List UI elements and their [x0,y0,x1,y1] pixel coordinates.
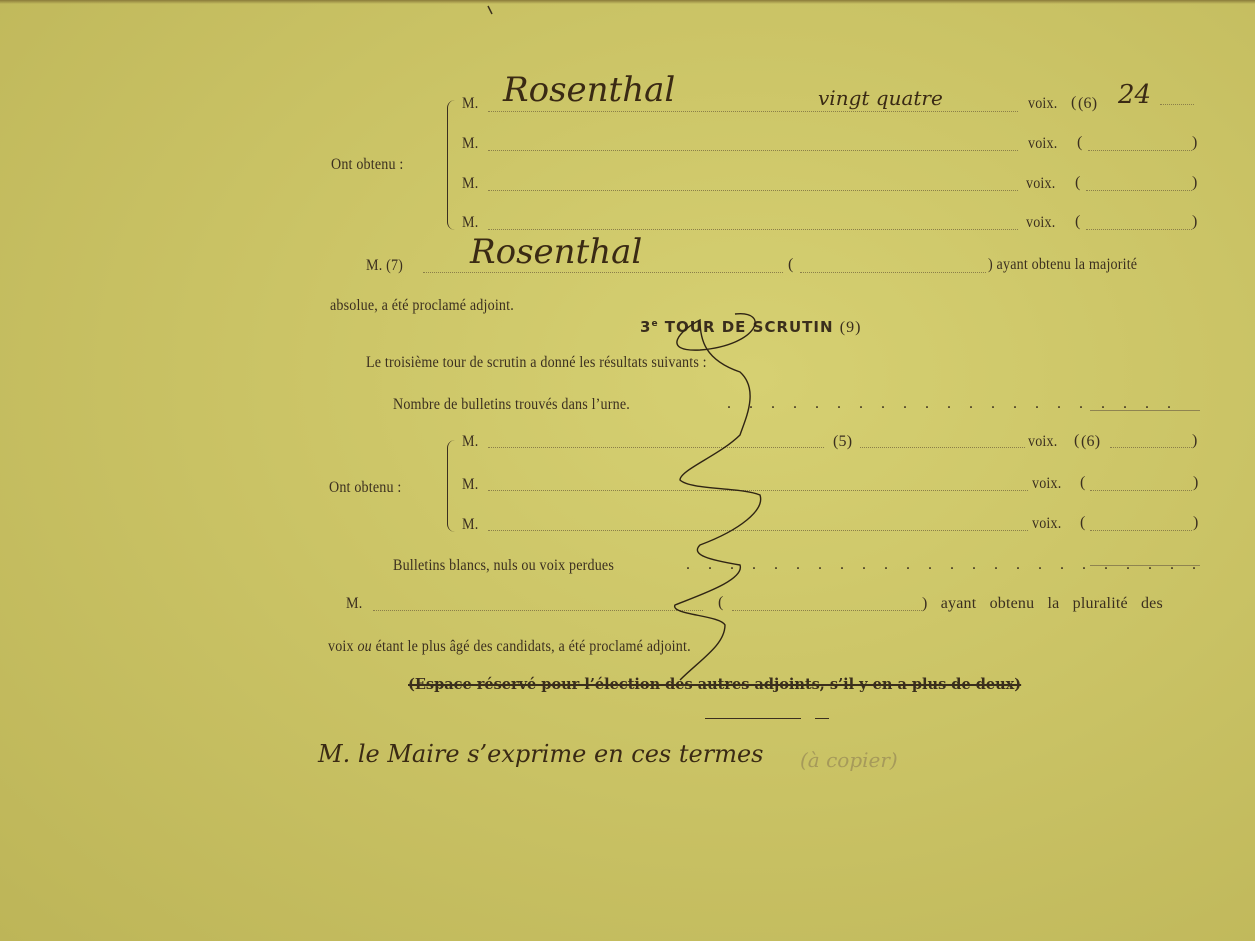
footnote-ref: (6) [1078,95,1097,113]
separator-rule [705,718,801,719]
open-paren: ( [1071,94,1077,112]
proclaimed-name-handwritten[interactable]: Rosenthal [470,232,642,272]
candidates-brace [447,100,456,230]
voix-label: voix. [1028,135,1057,153]
candidate-prefix: M. [462,476,478,494]
proclaimed-continuation: absolue, a été proclamé adjoint. [330,297,514,315]
footnote-ref: (5) [833,433,852,451]
candidate-prefix: M. [462,135,478,153]
blank-value-field[interactable] [1090,565,1200,566]
voix-label: voix. [1026,175,1055,193]
proclaimed-prefix: M. (7) [366,257,403,275]
open-paren: ( [1075,174,1081,192]
voix-label: voix. [1032,515,1061,533]
close-paren: ) [1192,134,1198,152]
voix-label: voix. [1028,433,1057,451]
votes-field[interactable] [800,272,986,273]
third-round-intro: Le troisième tour de scrutin a donné les… [366,354,707,372]
close-paren: ) [1192,213,1198,231]
close-paren: ) [1193,474,1199,492]
ont-obtenu-label: Ont obtenu : [331,156,404,174]
open-paren: ( [1074,432,1080,450]
candidate-prefix: M. [462,433,478,451]
votes-field[interactable] [1090,490,1192,491]
open-paren: ( [788,256,794,274]
votes-field[interactable] [1110,447,1192,448]
voix-label: voix. [1032,475,1061,493]
proclaimed-name-field[interactable] [373,610,703,611]
ballots-label: Nombre de bulletins trouvés dans l’urne. [393,396,630,414]
close-paren: ) [1193,514,1199,532]
handwritten-note-faint: (à copier) [800,748,898,772]
ont-obtenu-label: Ont obtenu : [329,479,402,497]
voix-label: voix. [1028,95,1057,113]
proclaimed-prefix: M. [346,595,362,613]
votes-field[interactable] [1086,229,1192,230]
open-paren: ( [1075,213,1081,231]
votes-number-handwritten[interactable]: 24 [1118,80,1151,110]
votes-field[interactable] [1088,150,1192,151]
footnote-ref: (6) [1081,433,1100,451]
plurality-text: ) ayant obtenu la pluralité des [922,595,1163,613]
candidates-brace [447,440,456,532]
votes-field[interactable] [732,610,922,611]
votes-words-handwritten[interactable]: vingt quatre [818,86,943,110]
section-heading: 3e TOUR DE SCRUTIN (9) [640,318,861,337]
close-paren: ) [1192,432,1198,450]
reserved-space-struck: (Espace réservé pour l’élection des autr… [408,676,1021,693]
ballots-value-field[interactable] [1090,410,1200,411]
candidate-prefix: M. [462,516,478,534]
majority-text: ) ayant obtenu la majorité [988,256,1137,274]
votes-field[interactable] [1086,190,1192,191]
handwritten-note-main[interactable]: M. le Maire s’exprime en ces termes [318,740,763,768]
open-paren: ( [1080,474,1086,492]
close-paren: ) [1192,174,1198,192]
open-paren: ( [718,594,724,612]
candidate-prefix: M. [462,95,478,113]
candidate-prefix: M. [462,214,478,232]
separator-dash [815,718,829,719]
candidate-name-handwritten[interactable]: Rosenthal [503,70,675,110]
candidate-prefix: M. [462,175,478,193]
page-top-edge [0,0,1255,4]
voix-label: voix. [1026,214,1055,232]
votes-field[interactable] [1090,530,1192,531]
cancel-squiggle-mark [0,0,1255,941]
open-paren: ( [1080,514,1086,532]
blank-ballots-label: Bulletins blancs, nuls ou voix perdues [393,557,614,575]
open-paren: ( [1077,134,1083,152]
proclaimed-continuation: voix ou étant le plus âgé des candidats,… [328,638,691,656]
